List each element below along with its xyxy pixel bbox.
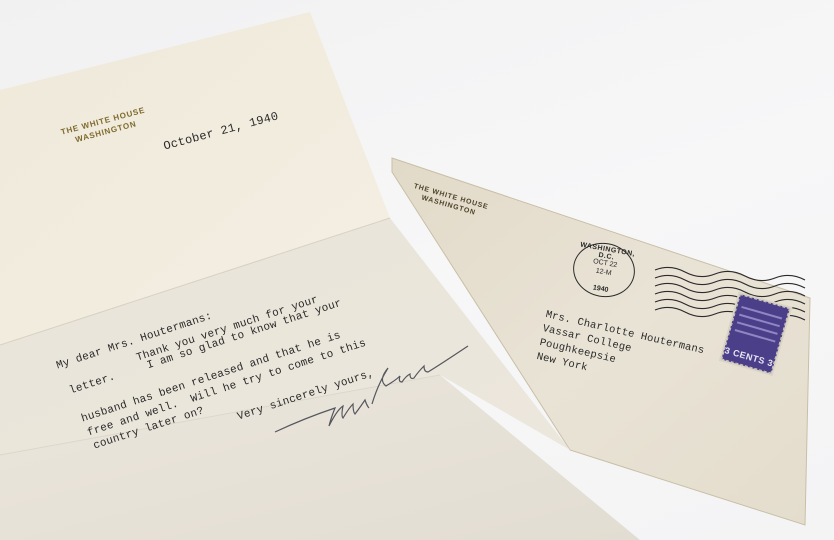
photo-scene: THE WHITE HOUSE WASHINGTON October 21, 1… bbox=[0, 0, 834, 540]
paper-shapes bbox=[0, 0, 834, 540]
